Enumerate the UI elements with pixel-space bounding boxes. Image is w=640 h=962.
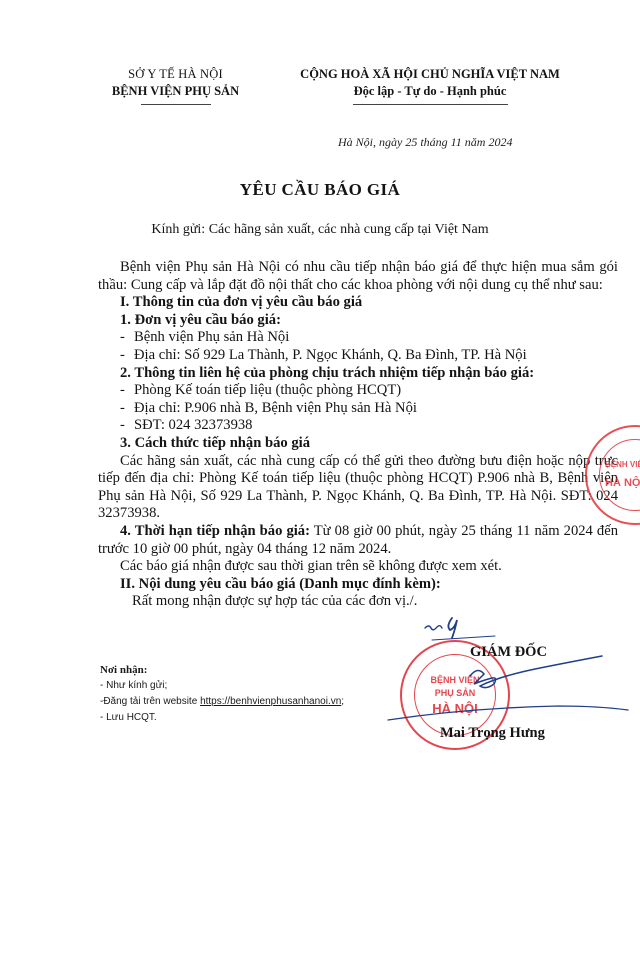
signatory-title: GIÁM ĐỐC: [470, 644, 547, 661]
addressee: Kính gửi: Các hãng sản xuất, các nhà cun…: [0, 222, 640, 238]
list-item: -SĐT: 024 32373938: [98, 417, 618, 435]
recipients-block: Nơi nhận: - Như kính gửi; -Đăng tải trên…: [100, 662, 344, 726]
section-1-heading: I. Thông tin của đơn vị yêu cầu báo giá: [98, 294, 618, 312]
item-3-heading: 3. Cách thức tiếp nhận báo giá: [98, 435, 618, 453]
recipients-heading: Nơi nhận:: [100, 662, 344, 678]
item-4-paragraph: 4. Thời hạn tiếp nhận báo giá: Từ 08 giờ…: [98, 523, 618, 558]
stamp-line-1: BỆNH VIỆN: [402, 675, 508, 685]
organization-name: BỆNH VIỆN PHỤ SẢN: [108, 83, 243, 100]
item-4-heading: 4. Thời hạn tiếp nhận báo giá:: [120, 523, 310, 539]
dateline: Hà Nội, ngày 25 tháng 11 năm 2024: [338, 135, 512, 150]
item-2-heading: 2. Thông tin liên hệ của phòng chịu trác…: [98, 365, 618, 383]
list-item: -Phòng Kế toán tiếp liệu (thuộc phòng HC…: [98, 382, 618, 400]
section-2-heading: II. Nội dung yêu cầu báo giá (Danh mục đ…: [98, 576, 618, 594]
closing-line: Rất mong nhận được sự hợp tác của các đơ…: [98, 593, 618, 611]
recipient-line: - Lưu HCQT.: [100, 710, 344, 726]
intro-paragraph: Bệnh viện Phụ sản Hà Nội có nhu cầu tiếp…: [98, 259, 618, 294]
list-item: -Bệnh viện Phụ sản Hà Nội: [98, 329, 618, 347]
national-motto: Độc lập - Tự do - Hạnh phúc: [280, 83, 580, 100]
document-page: SỞ Y TẾ HÀ NỘI BỆNH VIỆN PHỤ SẢN CỘNG HO…: [0, 0, 640, 962]
document-body: Bệnh viện Phụ sản Hà Nội có nhu cầu tiếp…: [98, 259, 618, 611]
signatory-name: Mai Trọng Hưng: [440, 725, 545, 742]
stamp-line-3: HÀ NỘI: [402, 701, 508, 716]
agency-name: SỞ Y TẾ HÀ NỘI: [108, 66, 243, 83]
issuing-agency-block: SỞ Y TẾ HÀ NỘI BỆNH VIỆN PHỤ SẢN: [108, 66, 243, 105]
stamp-line-2: PHỤ SẢN: [402, 688, 508, 698]
item-3-text: Các hãng sản xuất, các nhà cung cấp có t…: [98, 453, 618, 523]
list-item: -Địa chỉ: Số 929 La Thành, P. Ngọc Khánh…: [98, 347, 618, 365]
national-header-block: CỘNG HOÀ XÃ HỘI CHỦ NGHĨA VIỆT NAM Độc l…: [280, 66, 580, 105]
nation-name: CỘNG HOÀ XÃ HỘI CHỦ NGHĨA VIỆT NAM: [280, 66, 580, 83]
list-item: -Địa chỉ: P.906 nhà B, Bệnh viện Phụ sản…: [98, 400, 618, 418]
recipient-line: - Như kính gửi;: [100, 678, 344, 694]
document-title: YÊU CẦU BÁO GIÁ: [0, 180, 640, 200]
motto-underline: [353, 104, 508, 105]
website-link[interactable]: https://benhvienphusanhanoi.vn: [200, 696, 341, 707]
item-1-heading: 1. Đơn vị yêu cầu báo giá:: [98, 312, 618, 330]
agency-underline: [141, 104, 211, 105]
recipient-line: -Đăng tải trên website https://benhvienp…: [100, 694, 344, 710]
item-4-note: Các báo giá nhận được sau thời gian trên…: [98, 558, 618, 576]
